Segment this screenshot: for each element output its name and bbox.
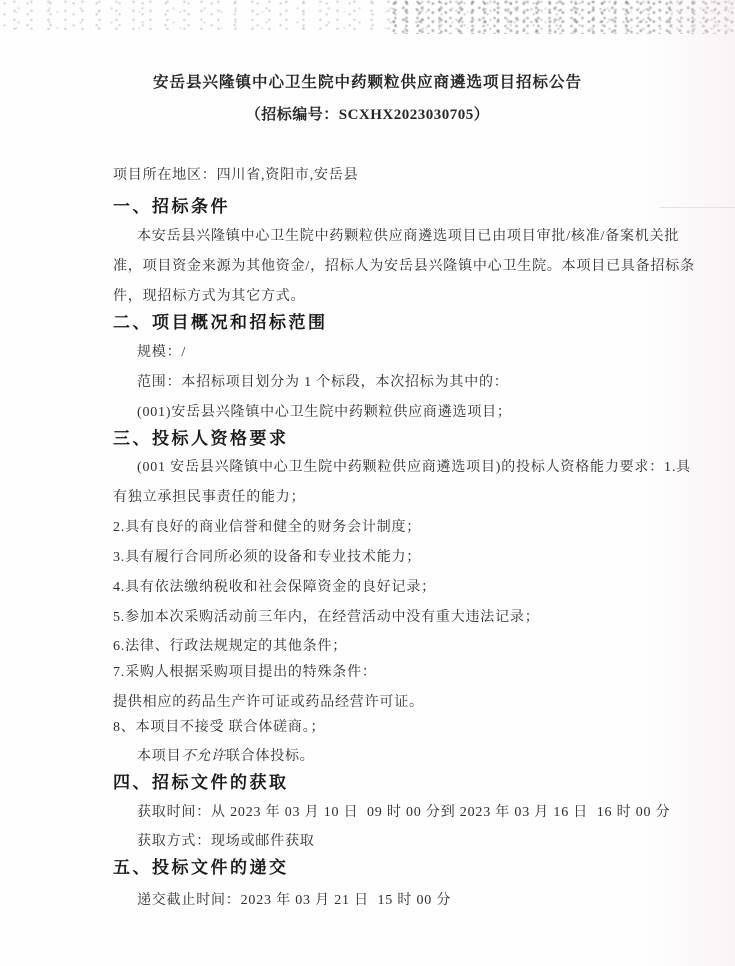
scan-noise-band-right <box>390 0 735 34</box>
no-consortium-prefix: 本项目 <box>137 749 181 764</box>
section-1-paragraph-line-3: 件，现招标方式为其它方式。 <box>113 285 305 305</box>
section-1-heading: 一、招标条件 <box>113 192 230 217</box>
scanned-document-page: 安岳县兴隆镇中心卫生院中药颗粒供应商遴选项目招标公告 （招标编号：SCXHX20… <box>0 0 735 966</box>
no-consortium-emphasis: 不允许 <box>181 749 225 764</box>
requirement-item-3: 3.具有履行合同所必须的设备和专业技术能力； <box>113 546 421 566</box>
scan-tint-right-edge <box>645 0 735 966</box>
requirement-item-2: 2.具有良好的商业信誉和健全的财务会计制度； <box>113 516 421 536</box>
section-3-heading: 三、投标人资格要求 <box>113 424 289 449</box>
section-4-heading: 四、招标文件的获取 <box>113 768 289 793</box>
requirement-item-4: 4.具有依法缴纳税收和社会保障资金的良好记录； <box>113 576 436 596</box>
section-5-heading: 五、投标文件的递交 <box>113 853 289 878</box>
document-title: 安岳县兴隆镇中心卫生院中药颗粒供应商遴选项目招标公告 <box>0 70 735 92</box>
obtain-time-line: 获取时间：从 2023 年 03 月 10 日 09 时 00 分到 2023 … <box>137 801 670 821</box>
no-consortium-line: 本项目不允许联合体投标。 <box>137 745 315 765</box>
scan-artifact-line <box>660 207 735 208</box>
scope-line: 范围：本招标项目划分为 1 个标段，本次招标为其中的： <box>137 371 509 391</box>
requirement-item-7: 7.采购人根据采购项目提出的特殊条件： <box>113 661 377 681</box>
bid-number: （招标编号：SCXHX2023030705） <box>0 103 735 124</box>
scale-line: 规模：/ <box>137 341 186 361</box>
license-requirement-line: 提供相应的药品生产许可证或药品经营许可证。 <box>113 691 424 711</box>
section-2-heading: 二、项目概况和招标范围 <box>113 308 328 333</box>
requirement-item-5: 5.参加本次采购活动前三年内，在经营活动中没有重大违法记录； <box>113 606 540 626</box>
project-location-line: 项目所在地区：四川省,资阳市,安岳县 <box>113 164 358 184</box>
no-consortium-suffix: 联合体投标。 <box>226 749 315 764</box>
consortium-line: 8、本项目不接受 联合体磋商。； <box>113 716 325 736</box>
lot-line: (001)安岳县兴隆镇中心卫生院中药颗粒供应商遴选项目； <box>137 401 512 421</box>
section-1-paragraph-line-2: 准，项目资金来源为其他资金/，招标人为安岳县兴隆镇中心卫生院。本项目已具备招标条 <box>113 255 695 275</box>
requirement-item-6: 6.法律、行政法规规定的其他条件； <box>113 635 347 655</box>
requirement-intro-line-2: 有独立承担民事责任的能力； <box>113 486 305 506</box>
submission-deadline-line: 递交截止时间：2023 年 03 月 21 日 15 时 00 分 <box>137 889 451 909</box>
requirement-intro-line-1: (001 安岳县兴隆镇中心卫生院中药颗粒供应商遴选项目)的投标人资格能力要求：1… <box>137 456 691 476</box>
section-1-paragraph-line-1: 本安岳县兴隆镇中心卫生院中药颗粒供应商遴选项目已由项目审批/核准/备案机关批 <box>137 225 679 245</box>
obtain-method-line: 获取方式：现场或邮件获取 <box>137 830 315 850</box>
